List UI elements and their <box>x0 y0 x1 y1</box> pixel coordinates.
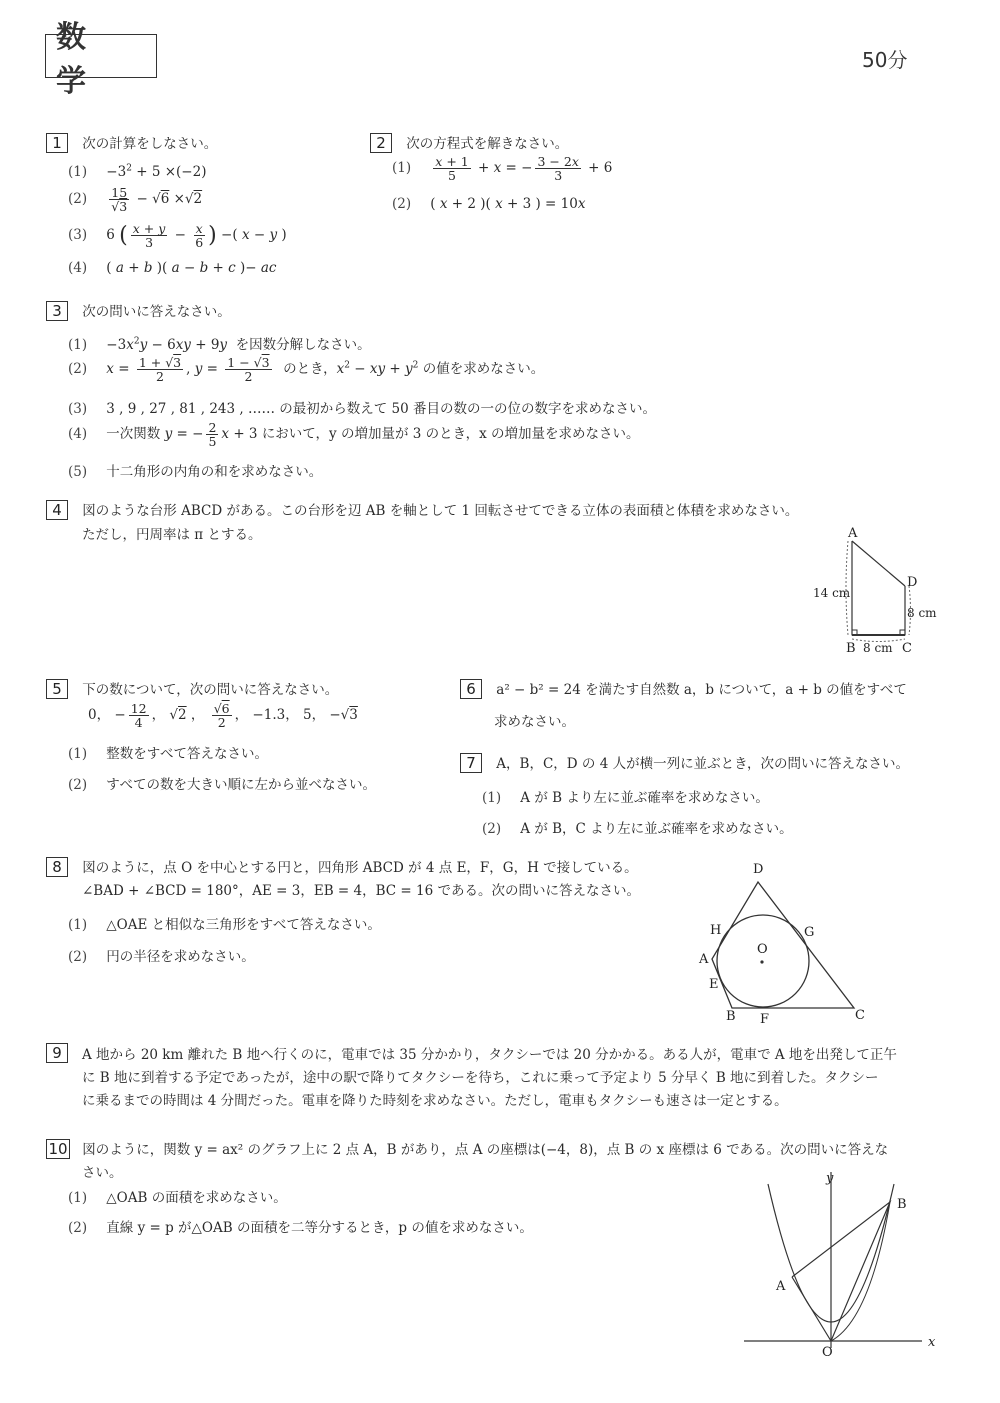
question-stem-cont: ∠BAD + ∠BCD = 180°，AE = 3，EB = 4，BC = 16… <box>82 879 640 899</box>
question-9: 9 <box>46 1043 68 1063</box>
question-10: 10 図のように，関数 y = ax² のグラフ上に 2 点 A，B があり，点… <box>46 1138 888 1159</box>
q3-item-3: (3) 3 , 9 , 27 , 81 , 243 , …… の最初から数えて … <box>68 397 656 417</box>
question-number: 5 <box>46 679 68 699</box>
time-limit: 50分 <box>862 44 907 73</box>
question-stem: A，B，C，D の 4 人が横一列に並ぶとき，次の問いに答えなさい。 <box>496 756 909 772</box>
question-stem: 次の計算をしなさい。 <box>82 136 217 152</box>
question-5: 5 下の数について，次の問いに答えなさい。 <box>46 678 338 699</box>
question-number: 3 <box>46 301 68 321</box>
svg-text:8 cm: 8 cm <box>907 606 937 620</box>
q5-numbers: 0， −124， √2 ， √62， −1.3， 5， −√3 <box>88 702 358 729</box>
svg-text:C: C <box>902 641 912 656</box>
svg-text:D: D <box>907 575 917 590</box>
q1-item-4: (4) ( a + b )( a − b + c )− ac <box>68 260 276 276</box>
svg-text:F: F <box>760 1012 769 1027</box>
q3-item-2: (2) x = 1 + √32, y = 1 − √32 のとき，x2 − xy… <box>68 356 544 383</box>
svg-text:y: y <box>825 1171 834 1186</box>
trapezoid-figure: A D B C 14 cm 8 cm 8 cm <box>800 520 960 660</box>
svg-text:H: H <box>710 923 721 938</box>
svg-text:14 cm: 14 cm <box>813 586 851 600</box>
question-stem-cont: 求めなさい。 <box>494 710 575 730</box>
question-number: 10 <box>46 1139 70 1159</box>
svg-text:O: O <box>822 1345 833 1360</box>
question-number: 7 <box>460 753 482 773</box>
q3-item-5: (5) 十二角形の内角の和を求めなさい。 <box>68 460 322 480</box>
q2-item-1: (1) x + 15 + x = −3 − 2x3 + 6 <box>392 155 612 182</box>
question-9-line-1: A 地から 20 km 離れた B 地へ行くのに，電車では 35 分かかり，タク… <box>82 1043 897 1063</box>
svg-text:8 cm: 8 cm <box>863 641 893 655</box>
question-number: 1 <box>46 133 68 153</box>
q8-item-2: (2) 円の半径を求めなさい。 <box>68 945 255 965</box>
subject-title: 数 学 <box>45 34 157 78</box>
question-2: 2 次の方程式を解きなさい。 <box>370 132 568 153</box>
question-number: 6 <box>460 679 482 699</box>
question-9-line-2: に B 地に到着する予定であったが，途中の駅で降りてタクシーを待ち，これに乗って… <box>82 1066 879 1086</box>
q10-item-2: (2) 直線 y = p が△OAB の面積を二等分するとき，p の値を求めなさ… <box>68 1216 533 1236</box>
question-3: 3 次の問いに答えなさい。 <box>46 300 231 321</box>
svg-text:C: C <box>855 1008 865 1023</box>
q1-item-1: (1) −32 + 5 ×(−2) <box>68 163 206 180</box>
svg-text:A: A <box>698 952 709 967</box>
question-stem: a² − b² = 24 を満たす自然数 a，b について，a + b の値をす… <box>496 682 907 698</box>
question-1: 1 次の計算をしなさい。 <box>46 132 217 153</box>
q7-item-2: (2) A が B，C より左に並ぶ確率を求めなさい。 <box>482 817 793 837</box>
question-8: 8 図のように，点 O を中心とする円と，四角形 ABCD が 4 点 E，F，… <box>46 856 638 877</box>
svg-text:O: O <box>757 942 768 957</box>
question-stem-cont: さい。 <box>82 1161 123 1181</box>
svg-text:B: B <box>846 641 856 656</box>
q2-item-2: (2) ( x + 2 )( x + 3 ) = 10x <box>392 196 585 212</box>
q1-item-3: (3) 6 (x + y3 − x6) −( x − y ) <box>68 222 287 249</box>
q7-item-1: (1) A が B より左に並ぶ確率を求めなさい。 <box>482 786 769 806</box>
question-stem: 図のように，点 O を中心とする円と，四角形 ABCD が 4 点 E，F，G，… <box>82 860 637 876</box>
q5-item-2: (2) すべての数を大きい順に左から並べなさい。 <box>68 773 376 793</box>
question-stem: 次の方程式を解きなさい。 <box>406 136 568 152</box>
question-number: 4 <box>46 500 68 520</box>
question-stem-cont: ただし，円周率は π とする。 <box>82 523 261 543</box>
q3-item-1: (1) −3x2y − 6xy + 9y を因数分解しなさい。 <box>68 333 371 353</box>
question-number: 9 <box>46 1043 68 1063</box>
question-stem: 下の数について，次の問いに答えなさい。 <box>82 682 338 698</box>
question-stem: 次の問いに答えなさい。 <box>82 304 231 320</box>
q8-item-1: (1) △OAE と相似な三角形をすべて答えなさい。 <box>68 913 381 933</box>
inscribed-circle-figure: D H G O A E B F C <box>690 855 890 1030</box>
question-stem: 図のような台形 ABCD がある。この台形を辺 AB を軸として 1 回転させて… <box>82 503 798 519</box>
svg-text:B: B <box>726 1009 736 1024</box>
svg-text:A: A <box>775 1279 786 1294</box>
q3-item-4: (4) 一次関数 y = −25x + 3 において，y の増加量が 3 のとき… <box>68 421 640 448</box>
question-stem: 図のように，関数 y = ax² のグラフ上に 2 点 A，B があり，点 A … <box>82 1142 888 1158</box>
q5-item-1: (1) 整数をすべて答えなさい。 <box>68 742 268 762</box>
svg-text:x: x <box>928 1335 936 1350</box>
q1-item-2: (2) 15√3 − √6 ×√2 <box>68 186 202 213</box>
svg-text:B: B <box>897 1197 907 1212</box>
svg-text:G: G <box>804 925 814 940</box>
question-number: 2 <box>370 133 392 153</box>
q10-item-1: (1) △OAB の面積を求めなさい。 <box>68 1186 287 1206</box>
question-9-line-3: に乗るまでの時間は 4 分間だった。電車を降りた時刻を求めなさい。ただし，電車も… <box>82 1089 788 1109</box>
svg-text:E: E <box>709 977 719 992</box>
question-number: 8 <box>46 857 68 877</box>
parabola-graph-figure: y B A O x <box>730 1160 960 1360</box>
question-7: 7 A，B，C，D の 4 人が横一列に並ぶとき，次の問いに答えなさい。 <box>460 752 909 773</box>
question-4: 4 図のような台形 ABCD がある。この台形を辺 AB を軸として 1 回転さ… <box>46 499 798 520</box>
question-6: 6 a² − b² = 24 を満たす自然数 a，b について，a + b の値… <box>460 678 907 699</box>
svg-text:A: A <box>847 526 858 541</box>
svg-text:D: D <box>753 862 763 877</box>
